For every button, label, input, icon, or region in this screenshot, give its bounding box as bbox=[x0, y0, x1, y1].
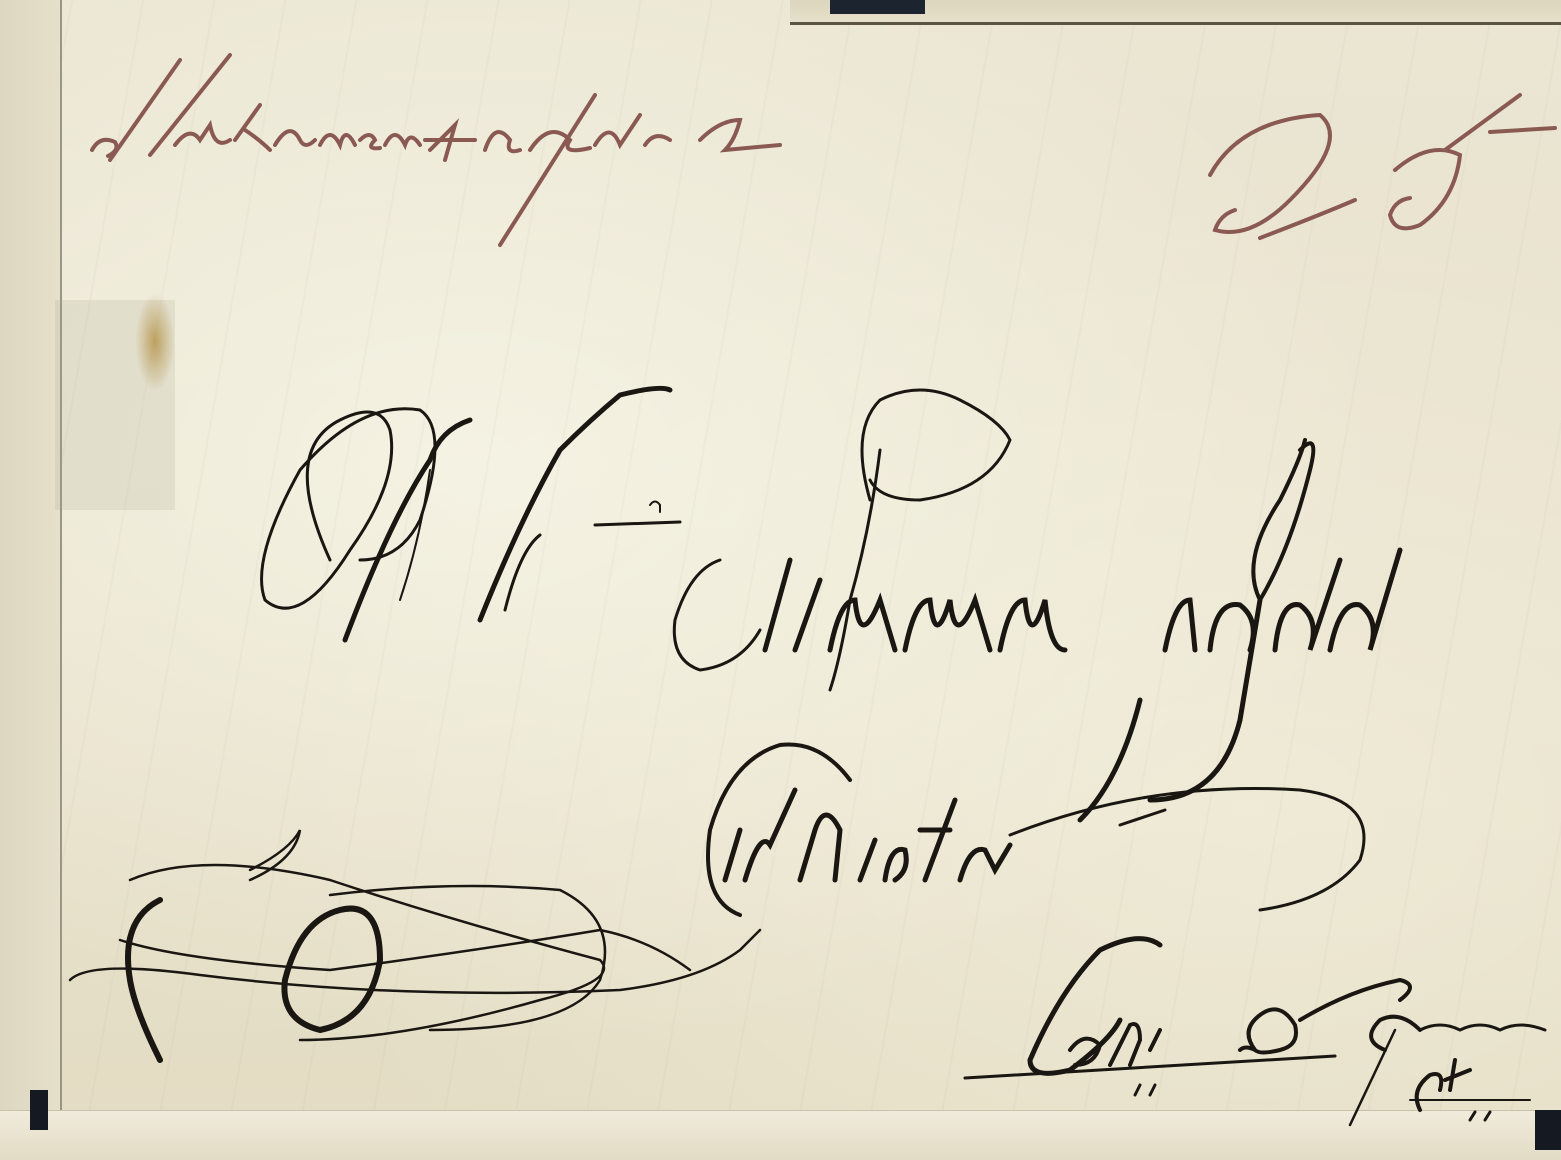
origin-postmark: Arkansa 4 April bbox=[95, 110, 475, 166]
decorative-flourish bbox=[70, 830, 760, 1060]
routing-abbrev: Ct bbox=[1410, 1060, 1457, 1106]
addressee-title: Mr bbox=[260, 420, 485, 594]
town-name: Colchester bbox=[700, 780, 1247, 897]
postage-rate: 25 bbox=[1210, 110, 1337, 227]
routing-town: N London bbox=[1240, 990, 1539, 1060]
state-line: Conn bbox=[1030, 960, 1242, 1053]
addressee-name: Solomon Judd bbox=[670, 530, 1445, 658]
letter-cover: Arkansa 4 April 25 Mr Solomon Judd Colch… bbox=[0, 0, 1561, 1160]
